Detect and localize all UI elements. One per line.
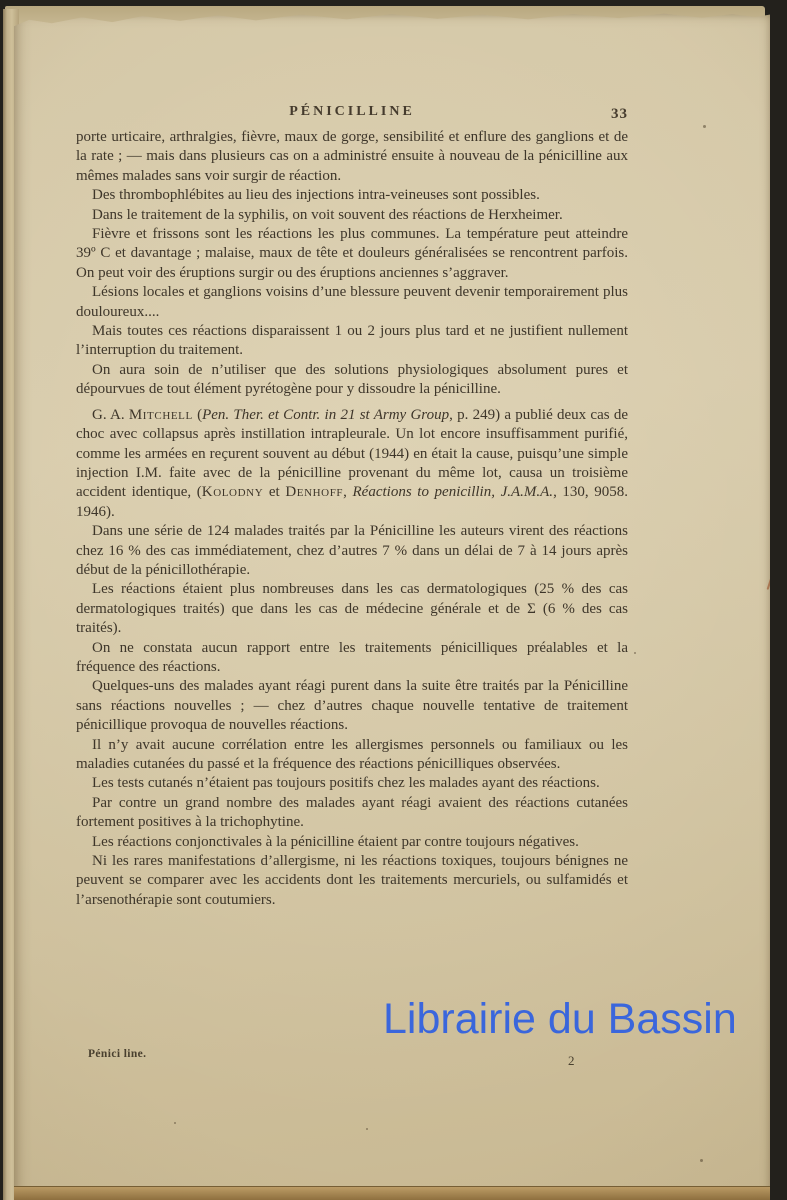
text-segment: G. A. (92, 407, 129, 423)
text-segment: Kolodny (202, 484, 263, 500)
text-segment: Mais toutes ces réactions disparaissent … (76, 323, 628, 358)
sheet-folio-number: 2 (568, 1053, 575, 1069)
paper-speck (703, 125, 706, 128)
body-text: porte urticaire, arthralgies, fièvre, ma… (76, 128, 628, 910)
paragraph: Ni les rares manifestations d’allergisme… (76, 852, 628, 910)
text-segment: Il n’y avait aucune corrélation entre le… (76, 737, 628, 772)
paragraph: Mais toutes ces réactions disparaissent … (76, 322, 628, 361)
text-segment: Dans une série de 124 malades traités pa… (76, 523, 628, 578)
text-segment: Ni les rares manifestations d’allergisme… (76, 853, 628, 908)
text-segment: porte urticaire, arthralgies, fièvre, ma… (76, 129, 628, 184)
paragraph: Les réactions conjonctivales à la pénici… (76, 833, 628, 852)
text-segment: Réactions to penicillin, J.A.M.A. (353, 484, 554, 500)
book-photo: PÉNICILLINE 33 porte urticaire, arthralg… (0, 0, 787, 1200)
book-cover-bottom-edge (14, 1186, 770, 1200)
text-segment: Denhoff (285, 484, 343, 500)
paper-speck (174, 1122, 176, 1124)
paragraph: Dans une série de 124 malades traités pa… (76, 522, 628, 580)
paragraph: On ne constata aucun rapport entre les t… (76, 639, 628, 678)
paragraph: Dans le traitement de la syphilis, on vo… (76, 206, 628, 225)
text-segment: On ne constata aucun rapport entre les t… (76, 640, 628, 675)
page-footer: Pénici line. 2 (76, 1048, 628, 1072)
text-segment: On aura soin de n’utiliser que des solut… (76, 362, 628, 397)
paragraph: Lésions locales et ganglions voisins d’u… (76, 283, 628, 322)
paragraph: G. A. Mitchell (Pen. Ther. et Contr. in … (76, 406, 628, 522)
paragraph: Il n’y avait aucune corrélation entre le… (76, 736, 628, 775)
paper-speck (700, 1159, 703, 1162)
paragraph: Quelques-uns des malades ayant réagi pur… (76, 677, 628, 735)
text-segment: ( (193, 407, 202, 423)
text-segment: Les réactions étaient plus nombreuses da… (76, 581, 628, 636)
book-page: PÉNICILLINE 33 porte urticaire, arthralg… (14, 12, 770, 1200)
page-number: 33 (611, 106, 628, 123)
text-segment: Les tests cutanés n’étaient pas toujours… (92, 775, 600, 791)
text-segment: Pen. Ther. et Contr. in 21 st Army Group (202, 407, 449, 423)
running-header: PÉNICILLINE 33 (76, 104, 628, 124)
signature-mark: Pénici line. (88, 1048, 146, 1060)
paper-speck (366, 1128, 368, 1130)
text-segment: Lésions locales et ganglions voisins d’u… (76, 284, 628, 319)
paragraph: Fièvre et frissons sont les réactions le… (76, 225, 628, 283)
paper-fiber (767, 574, 774, 590)
paragraph: porte urticaire, arthralgies, fièvre, ma… (76, 128, 628, 186)
text-segment: et (263, 484, 285, 500)
paragraph: Par contre un grand nombre des malades a… (76, 794, 628, 833)
text-segment: Mitchell (129, 407, 193, 423)
paragraph: Les tests cutanés n’étaient pas toujours… (76, 774, 628, 793)
text-segment: Des thrombophlébites au lieu des injecti… (92, 187, 540, 203)
paper-speck (634, 652, 636, 654)
paragraph: Des thrombophlébites au lieu des injecti… (76, 186, 628, 205)
text-segment: , (343, 484, 352, 500)
paragraph: Les réactions étaient plus nombreuses da… (76, 580, 628, 638)
paragraph: On aura soin de n’utiliser que des solut… (76, 361, 628, 400)
text-segment: Par contre un grand nombre des malades a… (76, 795, 628, 830)
text-segment: Fièvre et frissons sont les réactions le… (76, 226, 628, 281)
text-segment: Dans le traitement de la syphilis, on vo… (92, 207, 563, 223)
text-segment: Les réactions conjonctivales à la pénici… (92, 834, 579, 850)
text-segment: Quelques-uns des malades ayant réagi pur… (76, 678, 628, 733)
page-title: PÉNICILLINE (76, 104, 628, 120)
